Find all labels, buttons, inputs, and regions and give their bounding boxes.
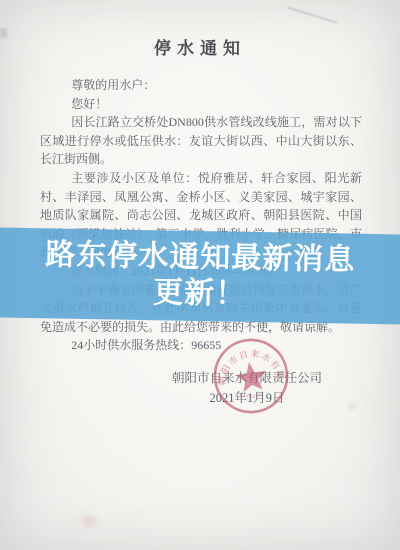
- news-overlay-banner: 路东停水通知最新消息 更新！: [0, 227, 400, 324]
- hotline-text: 24小时供水服务热线：96655: [40, 336, 362, 355]
- notice-photo: 停水通知 尊敬的用水户： 您好！ 因长江路立交桥处DN800供水管线改线施工，需…: [0, 0, 400, 550]
- paper-scratch-mark: [287, 6, 337, 23]
- notice-greeting: 您好！: [40, 95, 362, 114]
- paper-pink-smudge: [78, 512, 100, 530]
- seal-serial-text: 2113000: [239, 388, 264, 400]
- notice-paragraph-reason: 因长江路立交桥处DN800供水管线改线施工，需对以下区域进行停水或低压供水：友谊…: [40, 113, 362, 169]
- notice-salutation: 尊敬的用水户：: [40, 76, 362, 95]
- seal-star-icon: [234, 360, 268, 393]
- paper-gray-smudge: [344, 400, 360, 412]
- company-seal-stamp: 朝阳市自来水有限责任公司 2113000: [205, 330, 298, 423]
- banner-headline-line1: 路东停水通知最新消息: [45, 237, 356, 278]
- banner-headline-line2: 更新！: [153, 275, 247, 313]
- notice-title: 停水通知: [0, 34, 400, 59]
